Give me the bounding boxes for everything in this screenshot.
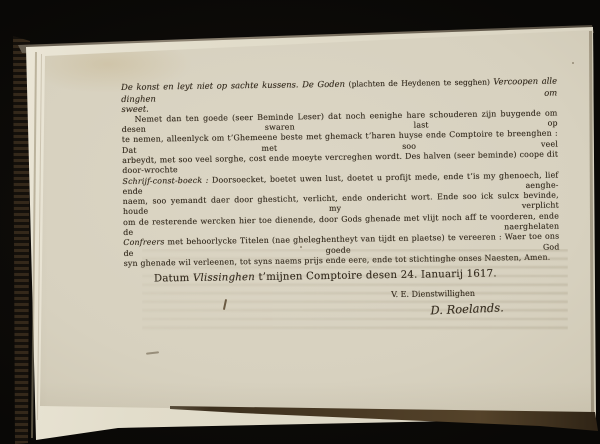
book-title-italic: Schrijf-const-boeck : — [122, 175, 208, 185]
heading-runover: sweet. — [121, 104, 149, 114]
confreers-italic: Confreers — [123, 238, 164, 248]
book-photograph: De konst en leyt niet op sachte kussens.… — [0, 0, 600, 444]
ink-speck — [572, 62, 574, 64]
heading-parenthetical: (plachten de Heydenen te segghen) — [349, 77, 494, 88]
verso-show-through — [142, 249, 568, 335]
ink-speck — [300, 246, 302, 248]
